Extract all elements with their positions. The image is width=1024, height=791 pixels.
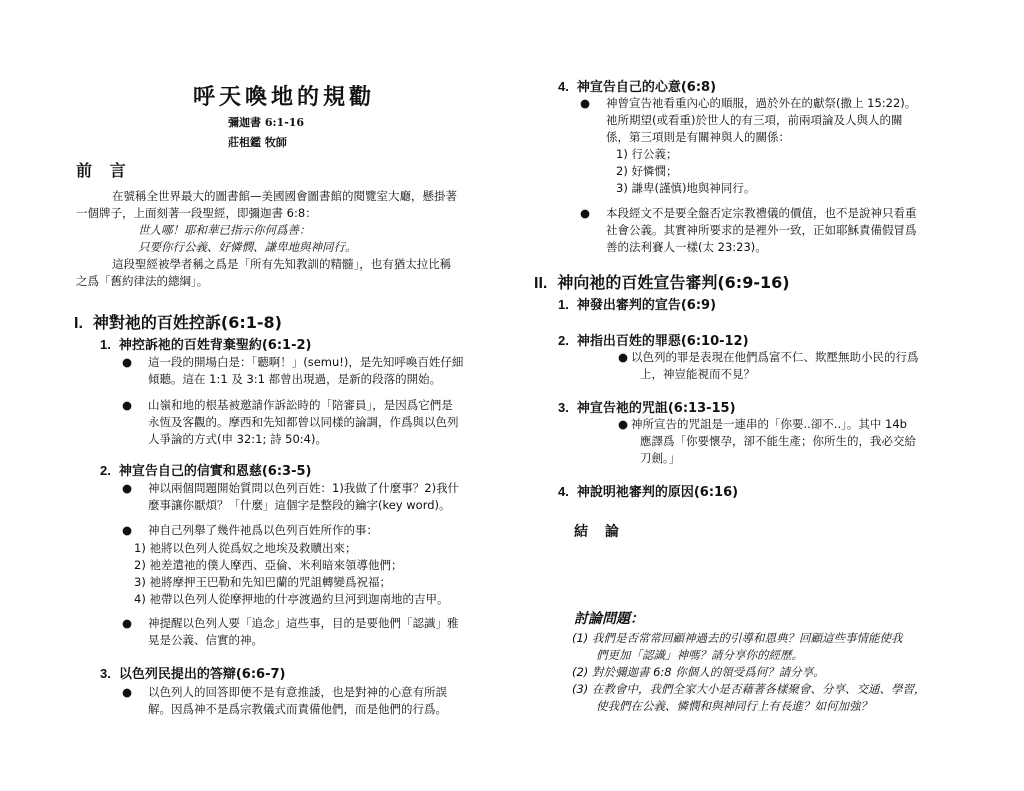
bullet-text: 神自己列舉了幾件祂爲以色列百姓所作的事： bbox=[148, 522, 378, 539]
subsection-title: 以色列民提出的答辯(6:6-7) bbox=[119, 667, 286, 682]
bullet-text: 神曾宣告祂看重內心的順服，過於外在的獻祭(撒上 15:22)。 bbox=[606, 95, 916, 112]
subsection-title: 神宣告祂的咒詛(6:13-15) bbox=[577, 401, 736, 416]
subsection-number: 3. bbox=[100, 666, 111, 681]
scripture-reference: 彌迦書 6:1-16 bbox=[228, 114, 304, 130]
subsection-number: 2. bbox=[558, 333, 569, 348]
bullet-icon: ● bbox=[580, 205, 590, 222]
bullet-icon: ● bbox=[122, 522, 132, 539]
bullet-text: 這一段的開場白是：「聽啊！」(semu!)，是先知呼喚百姓仔細 bbox=[148, 354, 463, 371]
subsection-heading: 2.神指出百姓的罪惡(6:10-12) bbox=[558, 330, 749, 349]
discussion-question: (1) 我們是否常常回顧神過去的引導和恩典？回顧這些事情能使我 bbox=[572, 630, 902, 647]
bullet-text: 人爭論的方式(申 32:1; 詩 50:4)。 bbox=[148, 431, 327, 448]
bullet-text: 社會公義。其實神所要求的是裡外一致，正如耶穌責備假冒爲 bbox=[606, 222, 917, 239]
bullet-text: 傾聽。這在 1:1 及 3:1 都曾出現過，是新的段落的開始。 bbox=[148, 371, 441, 388]
bullet-icon: ● bbox=[618, 349, 628, 366]
list-item: 2) 好憐憫； bbox=[616, 163, 677, 180]
bullet-text: 應譯爲「你要懷孕，卻不能生產；你所生的，我必交給 bbox=[640, 433, 916, 450]
subsection-title: 神指出百姓的罪惡(6:10-12) bbox=[577, 334, 749, 349]
subsection-heading: 3.神宣告祂的咒詛(6:13-15) bbox=[558, 397, 736, 416]
section-heading: II.神向祂的百姓宣告審判(6:9-16) bbox=[534, 270, 790, 293]
preface-line: 一個牌子，上面刻著一段聖經，即彌迦書 6:8： bbox=[76, 205, 317, 222]
author: 莊柤鑑 牧師 bbox=[228, 134, 287, 150]
subsection-title: 神發出審判的宣告(6:9) bbox=[577, 298, 716, 313]
section-heading: I.神對祂的百姓控訴(6:1-8) bbox=[74, 310, 282, 333]
subsection-number: 4. bbox=[558, 484, 569, 499]
list-item: 2) 祂差遣祂的僕人摩西、亞倫、米利暗來領導他們； bbox=[134, 557, 402, 574]
subsection-number: 4. bbox=[558, 79, 569, 94]
bullet-icon: ● bbox=[122, 397, 132, 414]
preface-quote: 只要你行公義、好憐憫、謙卑地與神同行。 bbox=[138, 239, 357, 256]
subsection-heading: 1.神發出審判的宣告(6:9) bbox=[558, 294, 716, 313]
bullet-icon: ● bbox=[122, 354, 132, 371]
bullet-icon: ● bbox=[122, 684, 132, 701]
bullet-text: 神所宣告的咒詛是一連串的「你要..卻不..」。其中 14b bbox=[631, 416, 907, 433]
bullet-text: 山嶺和地的根基被邀請作訴訟時的「陪審員」，是因爲它們是 bbox=[148, 397, 453, 414]
bullet-icon: ● bbox=[580, 95, 590, 112]
discussion-heading: 討論問題： bbox=[574, 608, 644, 628]
bullet-icon: ● bbox=[618, 416, 628, 433]
subsection-heading: 1.神控訴祂的百姓背棄聖約(6:1-2) bbox=[100, 334, 311, 353]
bullet-text: 祂所期望(或看重)於世人的有三項，前兩項論及人與人的關 bbox=[606, 112, 902, 129]
list-item: 3) 祂將摩押王巴勒和先知巴蘭的咒詛轉變爲祝福； bbox=[134, 574, 391, 591]
preface-line: 這段聖經被學者稱之爲是「所有先知教訓的精髓」，也有猶太拉比稱 bbox=[112, 256, 451, 273]
bullet-text: 本段經文不是要全盤否定宗教禮儀的價值，也不是說神只看重 bbox=[606, 205, 917, 222]
subsection-title: 神控訴祂的百姓背棄聖約(6:1-2) bbox=[119, 338, 312, 353]
document-title: 呼天喚地的規勸 bbox=[193, 80, 375, 111]
bullet-text: 永恆及客觀的。摩西和先知都曾以同樣的論調，作爲與以色列 bbox=[148, 414, 459, 431]
bullet-text: 以色列人的回答即便不是有意推諉，也是對神的心意有所誤 bbox=[148, 684, 447, 701]
section-title: 神向祂的百姓宣告審判(6:9-16) bbox=[557, 273, 789, 292]
list-item: 4) 祂帶以色列人從摩押地的什亭渡過約旦河到迦南地的吉甲。 bbox=[134, 591, 448, 608]
bullet-text: 晃是公義、信實的神。 bbox=[148, 632, 263, 649]
preface-heading: 前 言 bbox=[76, 158, 132, 181]
subsection-number: 3. bbox=[558, 400, 569, 415]
bullet-text: 係，第三項則是有關神與人的關係： bbox=[606, 129, 790, 146]
bullet-text: 神提醒以色列人要「追念」這些事，目的是要他們「認識」雅 bbox=[148, 615, 459, 632]
section-number: I. bbox=[74, 315, 83, 332]
subsection-number: 1. bbox=[558, 297, 569, 312]
bullet-icon: ● bbox=[122, 480, 132, 497]
preface-line: 在號稱全世界最大的圖書館—美國國會圖書館的閱覽室大廳，懸掛著 bbox=[112, 188, 457, 205]
bullet-text: 麼事讓你厭煩？「什麼」這個字是整段的鑰字(key word)。 bbox=[148, 497, 451, 514]
bullet-text: 刀劍。」 bbox=[640, 450, 680, 467]
list-item: 1) 祂將以色列人從爲奴之地埃及救贖出來； bbox=[134, 540, 356, 557]
section-number: II. bbox=[534, 275, 547, 292]
subsection-heading: 4.神說明祂審判的原因(6:16) bbox=[558, 481, 738, 500]
bullet-text: 解。因爲神不是爲宗教儀式而責備他們，而是他們的行爲。 bbox=[148, 701, 447, 718]
subsection-title: 神宣告自己的心意(6:8) bbox=[577, 80, 716, 95]
subsection-heading: 3.以色列民提出的答辯(6:6-7) bbox=[100, 663, 285, 682]
subsection-heading: 2.神宣告自己的信實和恩慈(6:3-5) bbox=[100, 460, 311, 479]
discussion-question: 們更加「認識」神嗎？請分享你的經歷。 bbox=[596, 647, 803, 664]
subsection-number: 1. bbox=[100, 337, 111, 352]
preface-quote: 世人哪！耶和華已指示你何爲善： bbox=[138, 222, 311, 239]
preface-line: 之爲「舊約律法的總綱」。 bbox=[76, 273, 208, 290]
discussion-question: 使我們在公義、憐憫和與神同行上有長進？如何加強？ bbox=[596, 698, 872, 715]
bullet-text: 善的法利賽人一樣(太 23:23)。 bbox=[606, 239, 767, 256]
subsection-heading: 4.神宣告自己的心意(6:8) bbox=[558, 76, 716, 95]
subsection-title: 神說明祂審判的原因(6:16) bbox=[577, 485, 738, 500]
bullet-icon: ● bbox=[122, 615, 132, 632]
subsection-number: 2. bbox=[100, 463, 111, 478]
bullet-text: 以色列的罪是表現在他們爲富不仁、欺壓無助小民的行爲 bbox=[631, 349, 919, 366]
discussion-question: (2) 對於彌迦書 6:8 你個人的領受爲何？請分享。 bbox=[572, 664, 825, 681]
list-item: 1) 行公義； bbox=[616, 146, 677, 163]
conclusion-heading: 結 論 bbox=[574, 521, 625, 541]
subsection-title: 神宣告自己的信實和恩慈(6:3-5) bbox=[119, 464, 312, 479]
discussion-question: (3) 在教會中，我們全家大小是否藉著各樣聚會、分享、交通、學習， bbox=[572, 681, 925, 698]
bullet-text: 上，神豈能視而不見？ bbox=[640, 366, 755, 383]
list-item: 3) 謙卑(謹慎)地與神同行。 bbox=[616, 180, 755, 197]
section-title: 神對祂的百姓控訴(6:1-8) bbox=[93, 313, 282, 332]
bullet-text: 神以兩個問題開始質問以色列百姓：1)我做了什麼事？2)我什 bbox=[148, 480, 459, 497]
